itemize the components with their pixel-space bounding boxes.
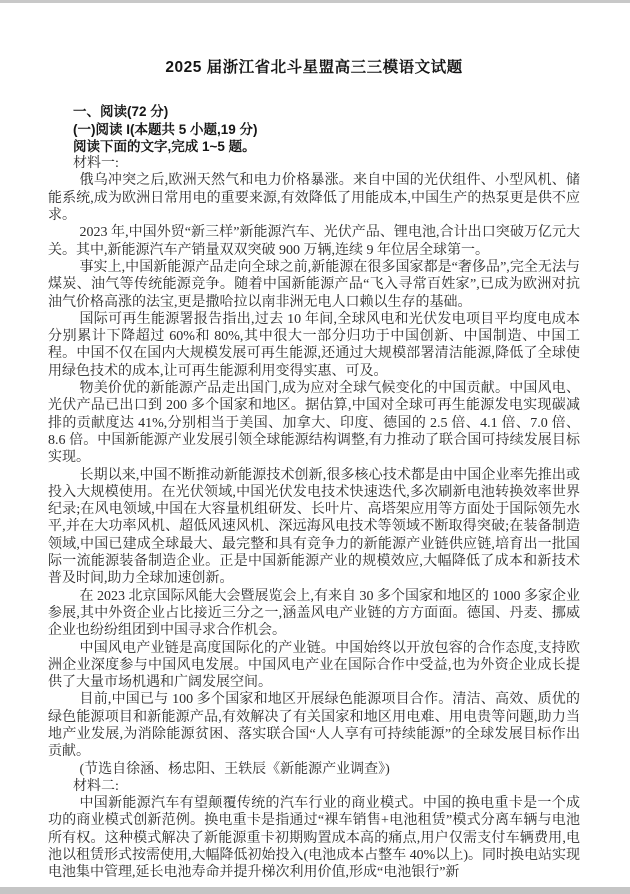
section-headings: 一、阅读(72 分) (一)阅读 I(本题共 5 小题,19 分) 阅读下面的文… [48,103,580,155]
document-title: 2025 届浙江省北斗星盟高三三模语文试题 [48,59,580,76]
document-content: 2025 届浙江省北斗星盟高三三模语文试题 一、阅读(72 分) (一)阅读 I… [48,0,580,882]
subsection-heading: (一)阅读 I(本题共 5 小题,19 分) [48,121,580,138]
page-bottom-edge [0,887,630,894]
material1-paragraph-6: 长期以来,中国不断推动新能源技术创新,很多核心技术都是由中国企业率先推出或投入大… [48,467,580,588]
material1-paragraph-3: 事实上,中国新能源产品走向全球之前,新能源在很多国家都是“奢侈品”,完全无法与煤… [48,259,580,311]
material1-paragraph-7: 在 2023 北京国际风能大会暨展览会上,有来自 30 多个国家和地区的 100… [48,588,580,640]
material1-paragraph-2: 2023 年,中国外贸“新三样”新能源汽车、光伏产品、锂电池,合计出口突破万亿元… [48,224,580,259]
document-page: 2025 届浙江省北斗星盟高三三模语文试题 一、阅读(72 分) (一)阅读 I… [0,0,630,894]
material1-paragraph-1: 俄乌冲突之后,欧洲天然气和电力价格暴涨。来自中国的光伏组件、小型风机、储能系统,… [48,172,580,224]
section-heading: 一、阅读(72 分) [48,103,580,120]
material1-paragraph-8: 中国风电产业链是高度国际化的产业链。中国始终以开放包容的合作态度,支持欧洲企业深… [48,640,580,692]
material1-paragraph-5: 物美价优的新能源产品走出国门,成为应对全球气候变化的中国贡献。中国风电、光伏产品… [48,380,580,466]
material1-label: 材料一: [48,155,580,172]
material1-paragraph-9: 目前,中国已与 100 多个国家和地区开展绿色能源项目合作。清洁、高效、质优的绿… [48,691,580,760]
material1-paragraph-4: 国际可再生能源署报告指出,过去 10 年间,全球风电和光伏发电项目平均度电成本分… [48,311,580,380]
reading-instruction: 阅读下面的文字,完成 1~5 题。 [48,138,580,155]
material2-paragraph-1: 中国新能源汽车有望颠覆传统的汽车行业的商业模式。中国的换电重卡是一个成功的商业模… [48,795,580,881]
material1-citation: (节选自徐涵、杨忠阳、王轶辰《新能源产业调查》) [48,761,580,778]
material2-label: 材料二: [48,778,580,795]
